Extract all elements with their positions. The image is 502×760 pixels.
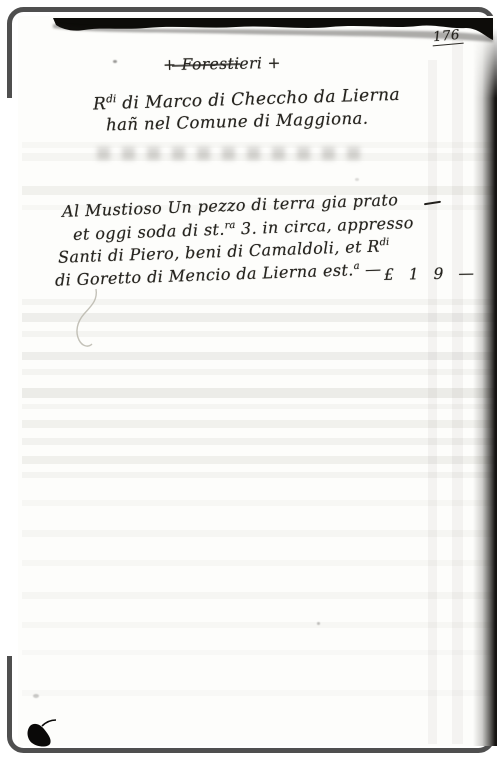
stain-speck	[355, 178, 359, 181]
scan-band	[22, 472, 496, 478]
scan-band	[22, 650, 496, 655]
body-line4-rest: —	[359, 259, 382, 279]
stain-speck	[33, 694, 39, 698]
body-line3-sup: di	[379, 237, 389, 248]
scan-band	[22, 500, 496, 506]
scan-band	[22, 420, 496, 428]
scan-band	[22, 622, 496, 628]
scan-band	[22, 592, 496, 599]
scan-band	[22, 186, 496, 195]
stain-speck	[317, 622, 320, 625]
scan-band	[22, 560, 496, 566]
scan-band	[22, 369, 496, 375]
folio-number: 176	[431, 27, 463, 47]
fold-line	[452, 40, 463, 744]
fold-line	[428, 60, 437, 744]
scan-band	[22, 404, 496, 409]
amount-value: £ 1 9 —	[384, 264, 479, 284]
title-line1-pre: R	[93, 94, 107, 114]
ink-blot	[18, 712, 68, 752]
scan-band	[22, 388, 496, 398]
scan-band	[22, 690, 496, 696]
scan-band	[22, 456, 496, 464]
pen-flourish	[60, 283, 120, 363]
scan-band	[22, 438, 496, 445]
scan-band	[22, 530, 496, 537]
page-edge-shadow	[473, 28, 497, 746]
manuscript-scan-viewer: 176 + Forestieri + Rdi di Marco di Checc…	[0, 0, 502, 760]
stain-speck	[113, 60, 117, 63]
ghost-writing	[97, 147, 362, 160]
